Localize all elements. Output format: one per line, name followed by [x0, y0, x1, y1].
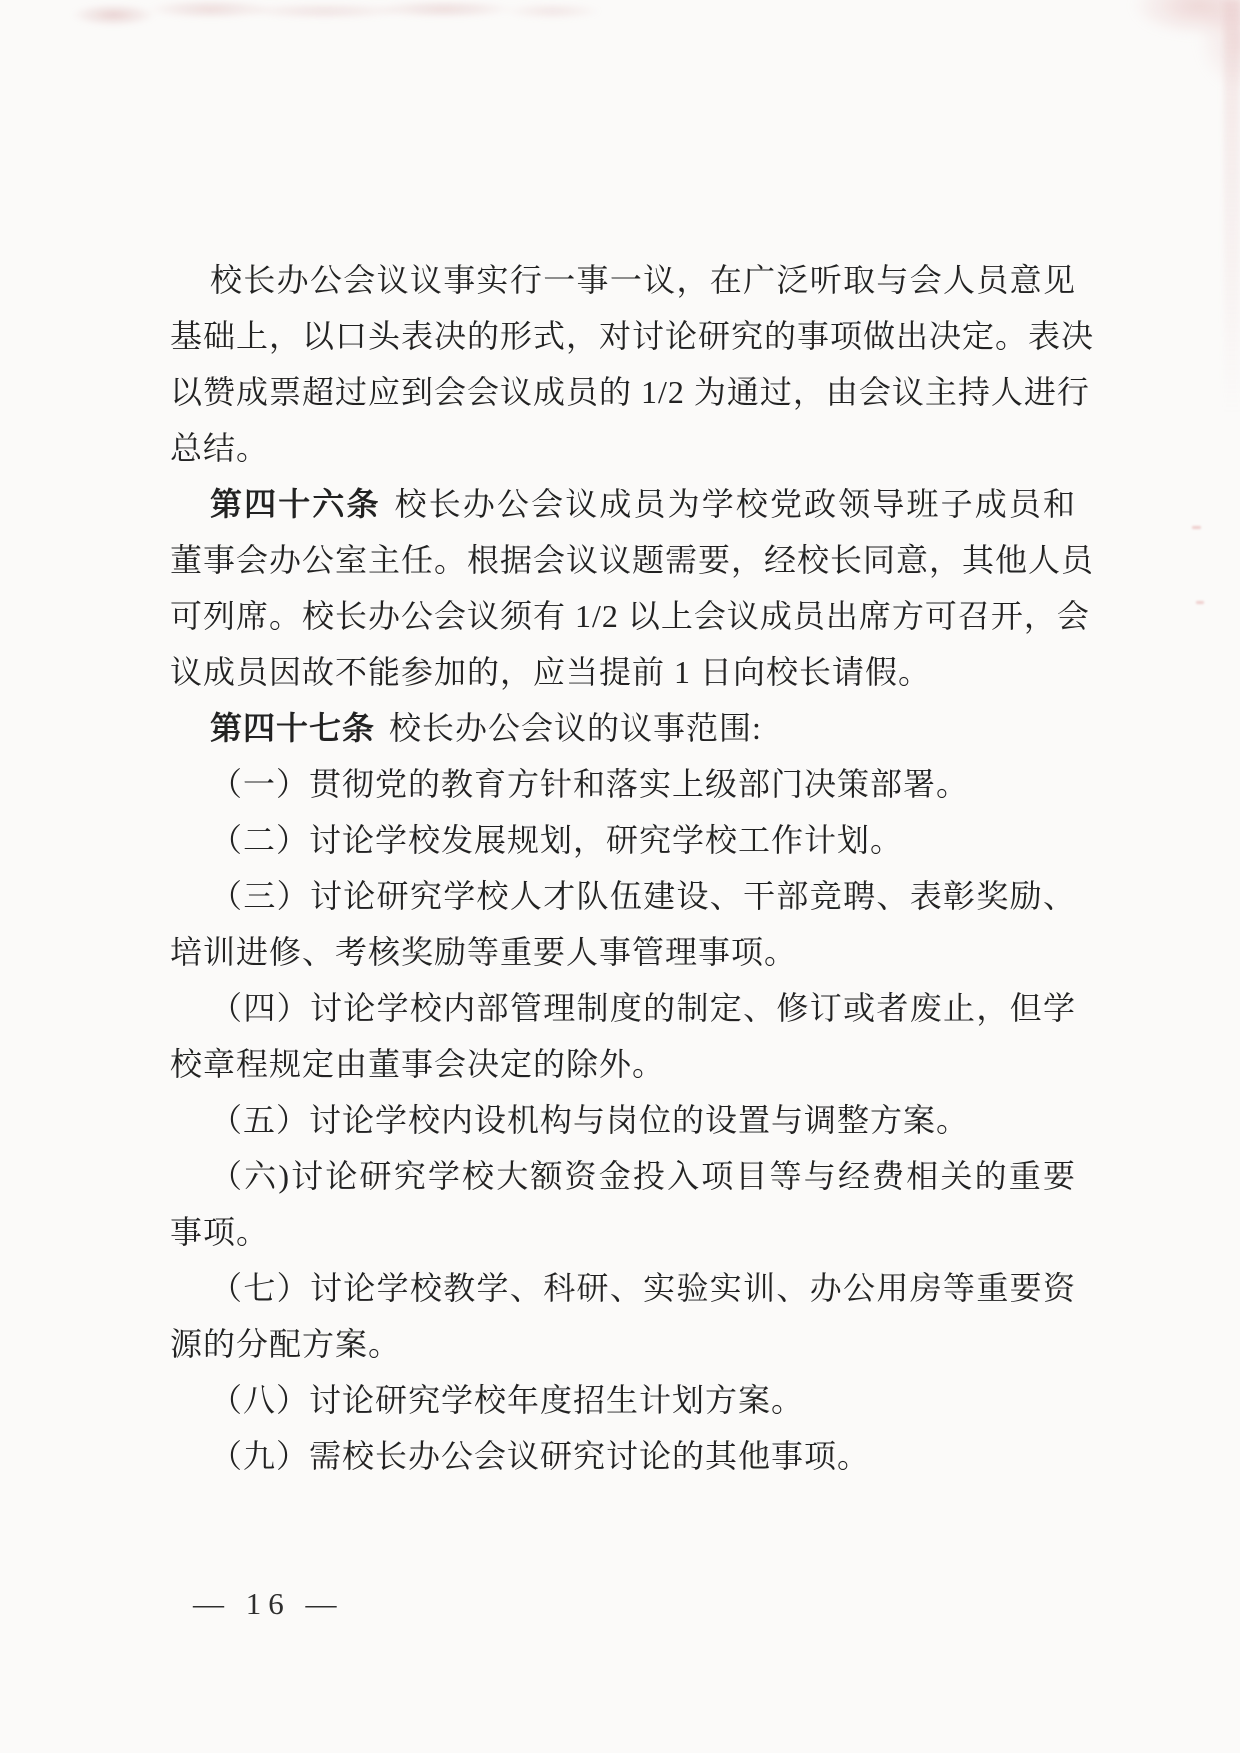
scan-smudge-icon: [68, 0, 638, 32]
list-item: （四）讨论学校内部管理制度的制定、修订或者废止，但学: [170, 980, 1076, 1036]
document-line-article-46: 第四十六条校长办公会议成员为学校党政领导班子成员和: [170, 476, 1076, 532]
list-item: （七）讨论学校教学、科研、实验实训、办公用房等重要资: [170, 1260, 1076, 1316]
document-line-article-47: 第四十七条校长办公会议的议事范围:: [170, 700, 1076, 756]
article-number: 第四十七条: [210, 710, 375, 746]
article-number: 第四十六条: [210, 486, 381, 522]
scan-fleck-icon: [1196, 601, 1204, 604]
document-line: 总结。: [170, 420, 1076, 476]
document-line: 可列席。校长办公会议须有 1/2 以上会议成员出席方可召开，会: [170, 588, 1076, 644]
list-item: （五）讨论学校内设机构与岗位的设置与调整方案。: [170, 1092, 1076, 1148]
document-page: 校长办公会议议事实行一事一议，在广泛听取与会人员意见 基础上，以口头表决的形式，…: [0, 0, 1240, 1753]
list-item: （三）讨论研究学校人才队伍建设、干部竞聘、表彰奖励、: [170, 868, 1076, 924]
article-text: 校长办公会议成员为学校党政领导班子成员和: [395, 486, 1076, 522]
document-line: 源的分配方案。: [170, 1316, 1076, 1372]
document-line: 议成员因故不能参加的，应当提前 1 日向校长请假。: [170, 644, 1076, 700]
document-line: 校长办公会议议事实行一事一议，在广泛听取与会人员意见: [170, 252, 1076, 308]
page-number: — 16 —: [193, 1586, 344, 1622]
list-item: （八）讨论研究学校年度招生计划方案。: [170, 1372, 1076, 1428]
scan-smudge-icon: [1080, 0, 1240, 110]
scan-fleck-icon: [1192, 526, 1201, 529]
document-line: 校章程规定由董事会决定的除外。: [170, 1036, 1076, 1092]
document-line: 基础上，以口头表决的形式，对讨论研究的事项做出决定。表决: [170, 308, 1076, 364]
list-item: （六)讨论研究学校大额资金投入项目等与经费相关的重要: [170, 1148, 1076, 1204]
scan-edge-artifact: [1224, 0, 1240, 460]
document-line: 董事会办公室主任。根据会议议题需要，经校长同意，其他人员: [170, 532, 1076, 588]
article-text: 校长办公会议的议事范围:: [389, 710, 762, 746]
document-line: 事项。: [170, 1204, 1076, 1260]
document-line: 以赞成票超过应到会会议成员的 1/2 为通过，由会议主持人进行: [170, 364, 1076, 420]
list-item: （九）需校长办公会议研究讨论的其他事项。: [170, 1428, 1076, 1484]
document-body: 校长办公会议议事实行一事一议，在广泛听取与会人员意见 基础上，以口头表决的形式，…: [170, 252, 1076, 1484]
document-line: 培训进修、考核奖励等重要人事管理事项。: [170, 924, 1076, 980]
list-item: （一）贯彻党的教育方针和落实上级部门决策部署。: [170, 756, 1076, 812]
list-item: （二）讨论学校发展规划，研究学校工作计划。: [170, 812, 1076, 868]
